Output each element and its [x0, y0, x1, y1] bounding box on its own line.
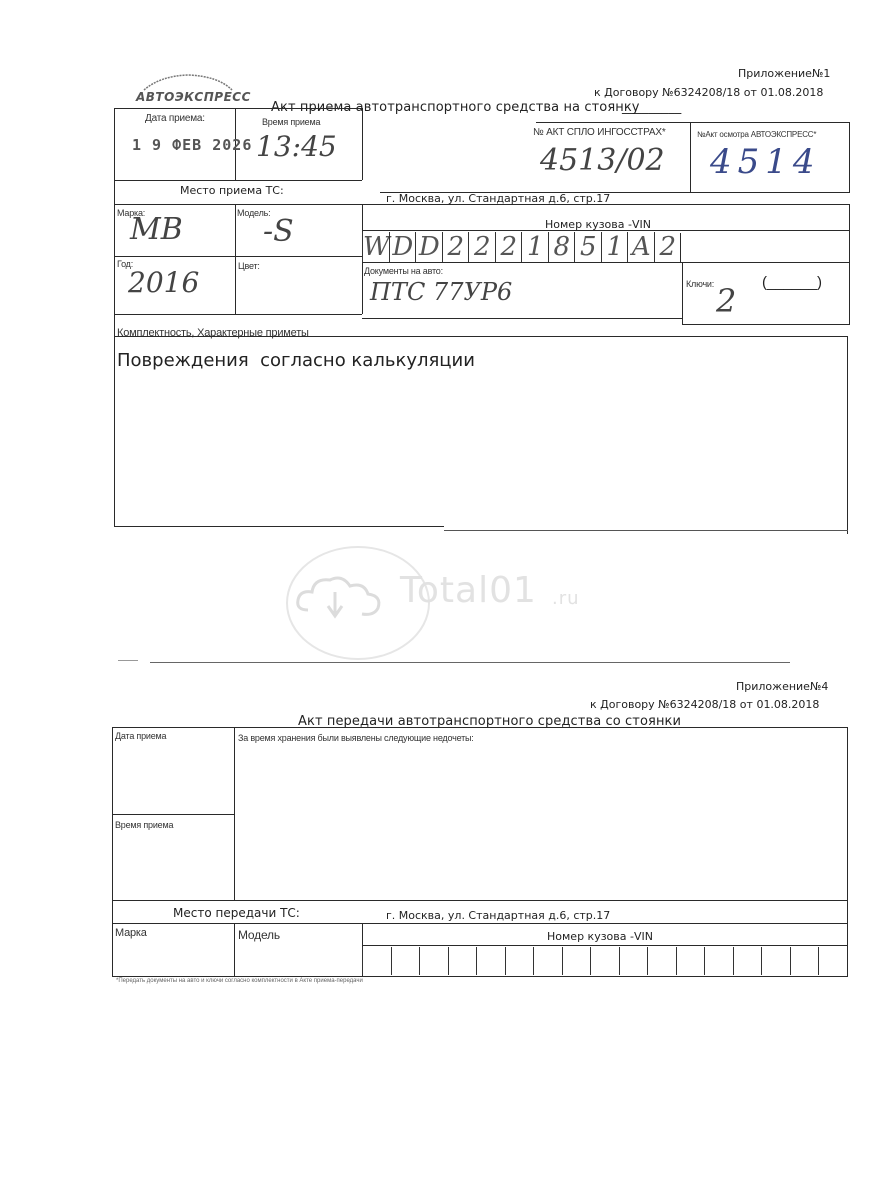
vin-char-cell: 2 [442, 232, 470, 262]
handover-model-label: Модель [238, 928, 280, 942]
vin-empty-cell [676, 947, 706, 975]
vin-empty-cell [419, 947, 449, 975]
vin-empty-cell [818, 947, 848, 975]
vin-char-cell: 8 [548, 232, 576, 262]
vin-empty-cell [505, 947, 535, 975]
contract-reference-1: к Договору №6324208/18 от 01.08.2018 [594, 86, 823, 99]
make-value: MB [130, 212, 183, 247]
vin-empty-cell [590, 947, 620, 975]
vin-empty-cell [476, 947, 506, 975]
vin-empty-cell [733, 947, 763, 975]
cloud-icon [290, 570, 390, 630]
vin-char-cell: A [627, 232, 655, 262]
vin-char-cell: D [415, 232, 443, 262]
vin-empty-cell [647, 947, 677, 975]
contract-reference-2: к Договору №6324208/18 от 01.08.2018 [590, 698, 819, 711]
ingos-act-value: 4513/02 [540, 143, 665, 178]
vin-empty-cell [362, 947, 392, 975]
handover-place-value: г. Москва, ул. Стандартная д.6, стр.17 [386, 909, 610, 922]
vin-empty-cell [790, 947, 820, 975]
title-blank: _________ [622, 100, 681, 115]
keys-value: 2 [716, 282, 736, 320]
watermark-text: Total01 [400, 570, 537, 611]
time-label: Время приема [262, 117, 320, 127]
color-label: Цвет: [238, 261, 260, 271]
handover-date-label: Дата приема [115, 731, 166, 741]
appendix-1-label: Приложение№1 [738, 67, 830, 80]
avtoexpress-act-value: 4514 [710, 142, 821, 182]
model-value: -S [263, 214, 294, 249]
vin-char-cell: 5 [574, 232, 602, 262]
year-value: 2016 [128, 266, 199, 299]
vin-char-cell: 1 [521, 232, 549, 262]
date-stamp: 1 9 ФЕВ 2026 [132, 136, 252, 154]
vin-char-cell: 2 [495, 232, 523, 262]
vin-char-cell: 2 [468, 232, 496, 262]
handover-make-label: Марка [115, 927, 147, 939]
defects-label: За время хранения были выявлены следующи… [238, 733, 474, 743]
keys-parentheses: (______) [762, 274, 822, 291]
vin-empty-cell [761, 947, 791, 975]
vin-empty-cell [448, 947, 478, 975]
avtoexpress-act-label: №Акт осмотра АВТОЭКСПРЕСС* [697, 130, 816, 139]
docs-value: ПТС 77УР6 [370, 278, 512, 306]
time-value: 13:45 [256, 130, 337, 163]
vin-empty-cell [533, 947, 563, 975]
vin-char-cell: W [362, 232, 390, 262]
handover-place-label: Место передачи ТС: [173, 906, 300, 920]
watermark-suffix: .ru [552, 588, 580, 609]
vin-empty-cell [619, 947, 649, 975]
keys-label: Ключи: [686, 279, 714, 289]
docs-label: Документы на авто: [364, 266, 443, 276]
vin-char-cell: 2 [654, 232, 682, 262]
logo-text: АВТОЭКСПРЕСС [136, 90, 251, 104]
vin-empty-cell [391, 947, 421, 975]
ingos-act-label: № АКТ СПЛО ИНГОССТРАХ* [533, 127, 666, 138]
car-silhouette-icon [140, 72, 235, 92]
footnote: *Передать документы на авто и ключи согл… [116, 978, 363, 984]
date-label: Дата приема: [145, 113, 205, 124]
appendix-4-label: Приложение№4 [736, 680, 828, 693]
place-label: Место приема ТС: [180, 184, 284, 197]
completeness-label: Комплектность, Характерные приметы [117, 327, 309, 339]
vin-char-cell: 1 [601, 232, 629, 262]
vin-empty-cell [562, 947, 592, 975]
handover-vin-label: Номер кузова -VIN [547, 930, 653, 943]
completeness-value: Повреждения согласно калькуляции [117, 350, 475, 371]
vin-char-cell: D [389, 232, 417, 262]
vin-empty-cell [704, 947, 734, 975]
handover-time-label: Время приема [115, 820, 173, 830]
